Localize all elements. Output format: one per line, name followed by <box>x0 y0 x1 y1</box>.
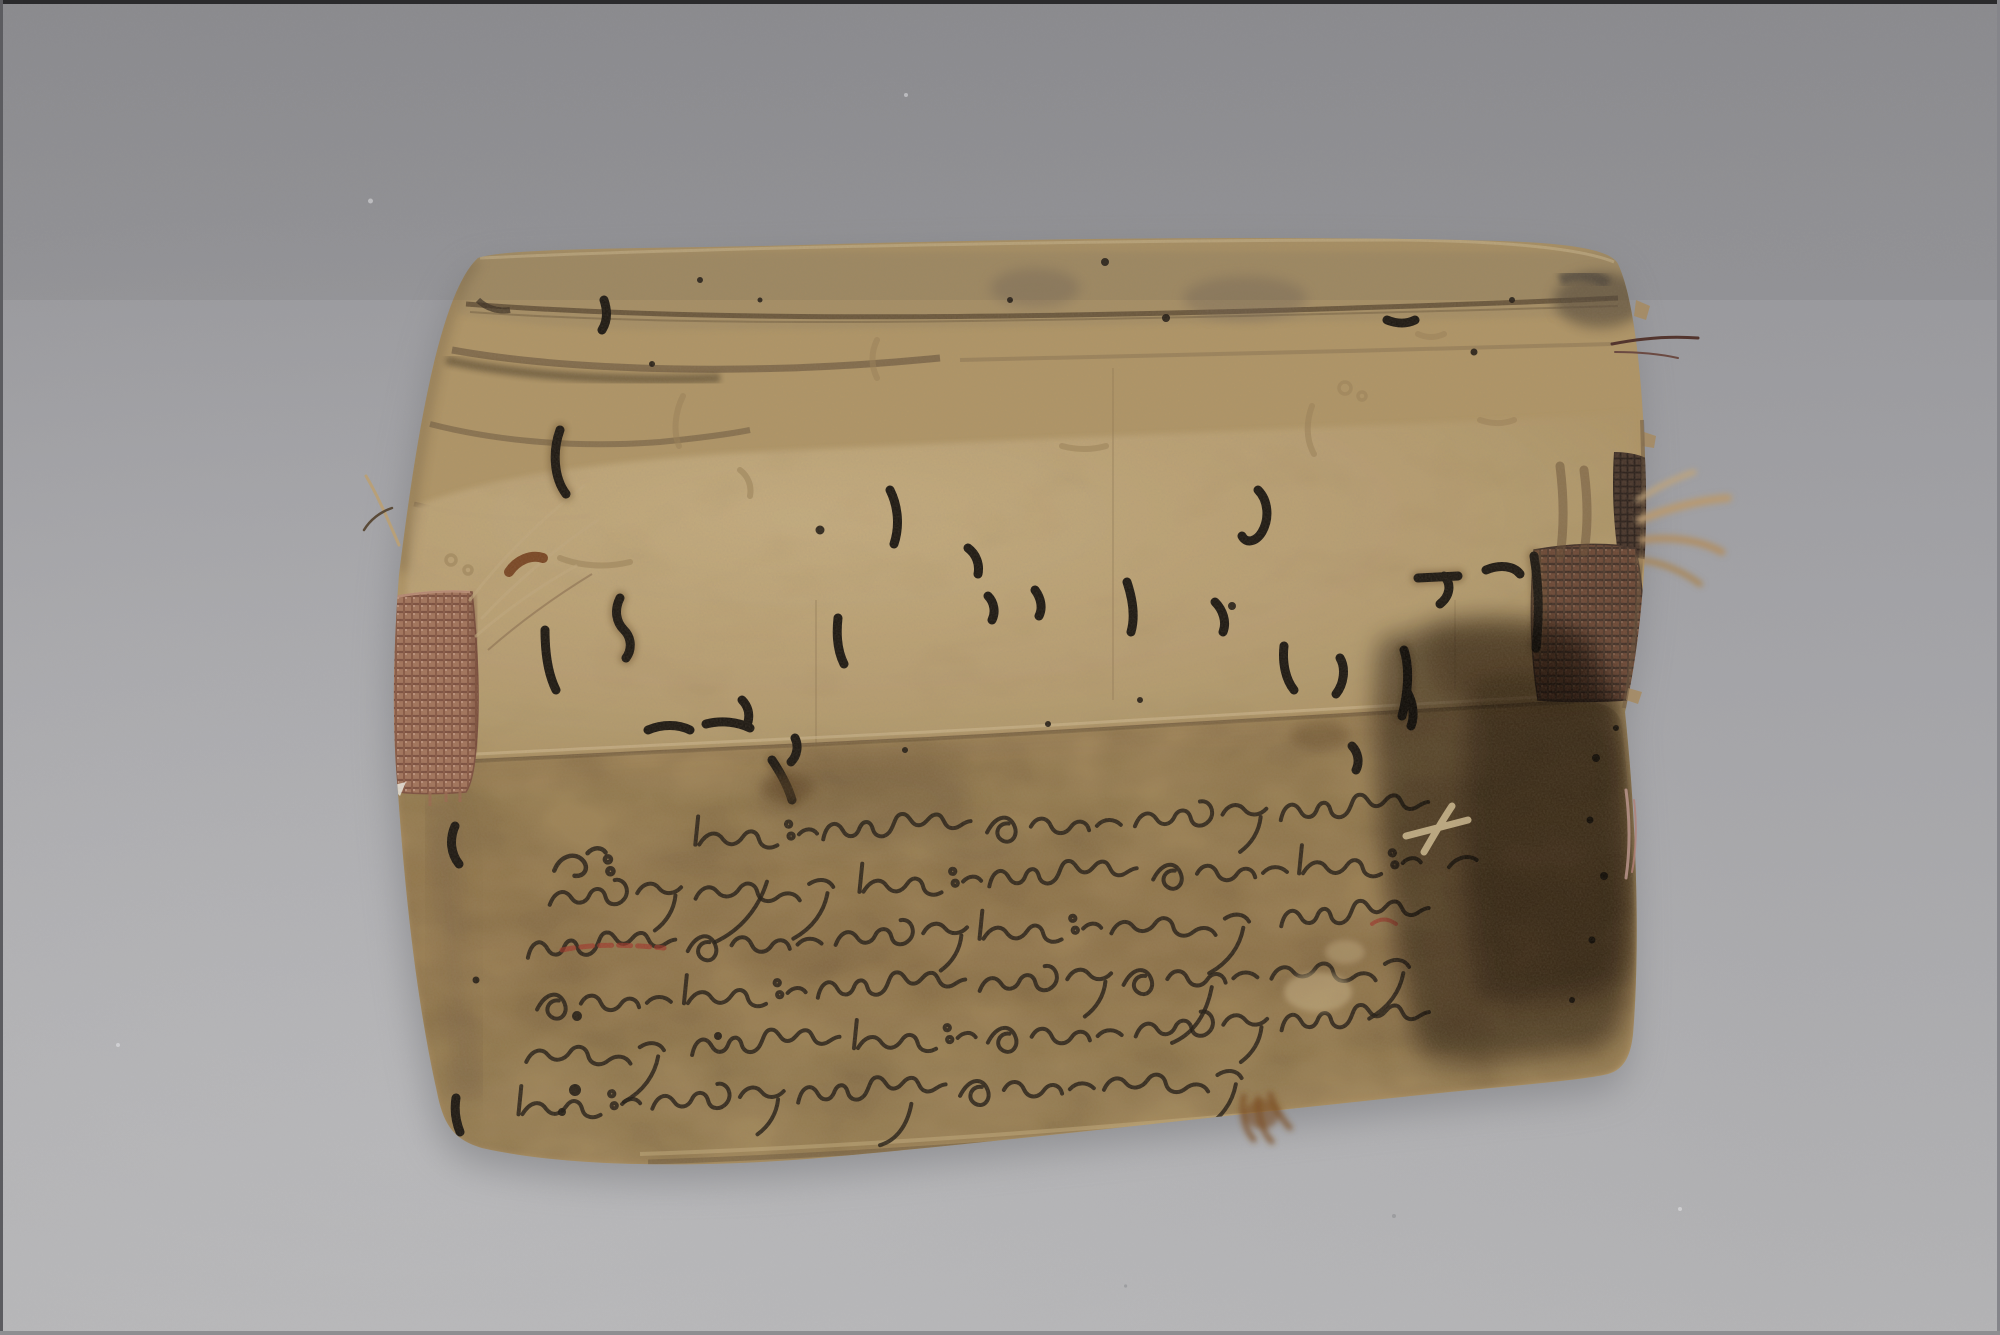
photo-finish <box>0 0 2000 1335</box>
manuscript-photo <box>0 0 2000 1335</box>
frame-bottom <box>0 1331 2000 1335</box>
vignette-top <box>0 0 2000 300</box>
frame-left <box>0 0 3 1335</box>
photo-frame: Worm-eaten pothi-style manuscript book <box>0 0 2000 1335</box>
frame-top <box>0 0 2000 4</box>
